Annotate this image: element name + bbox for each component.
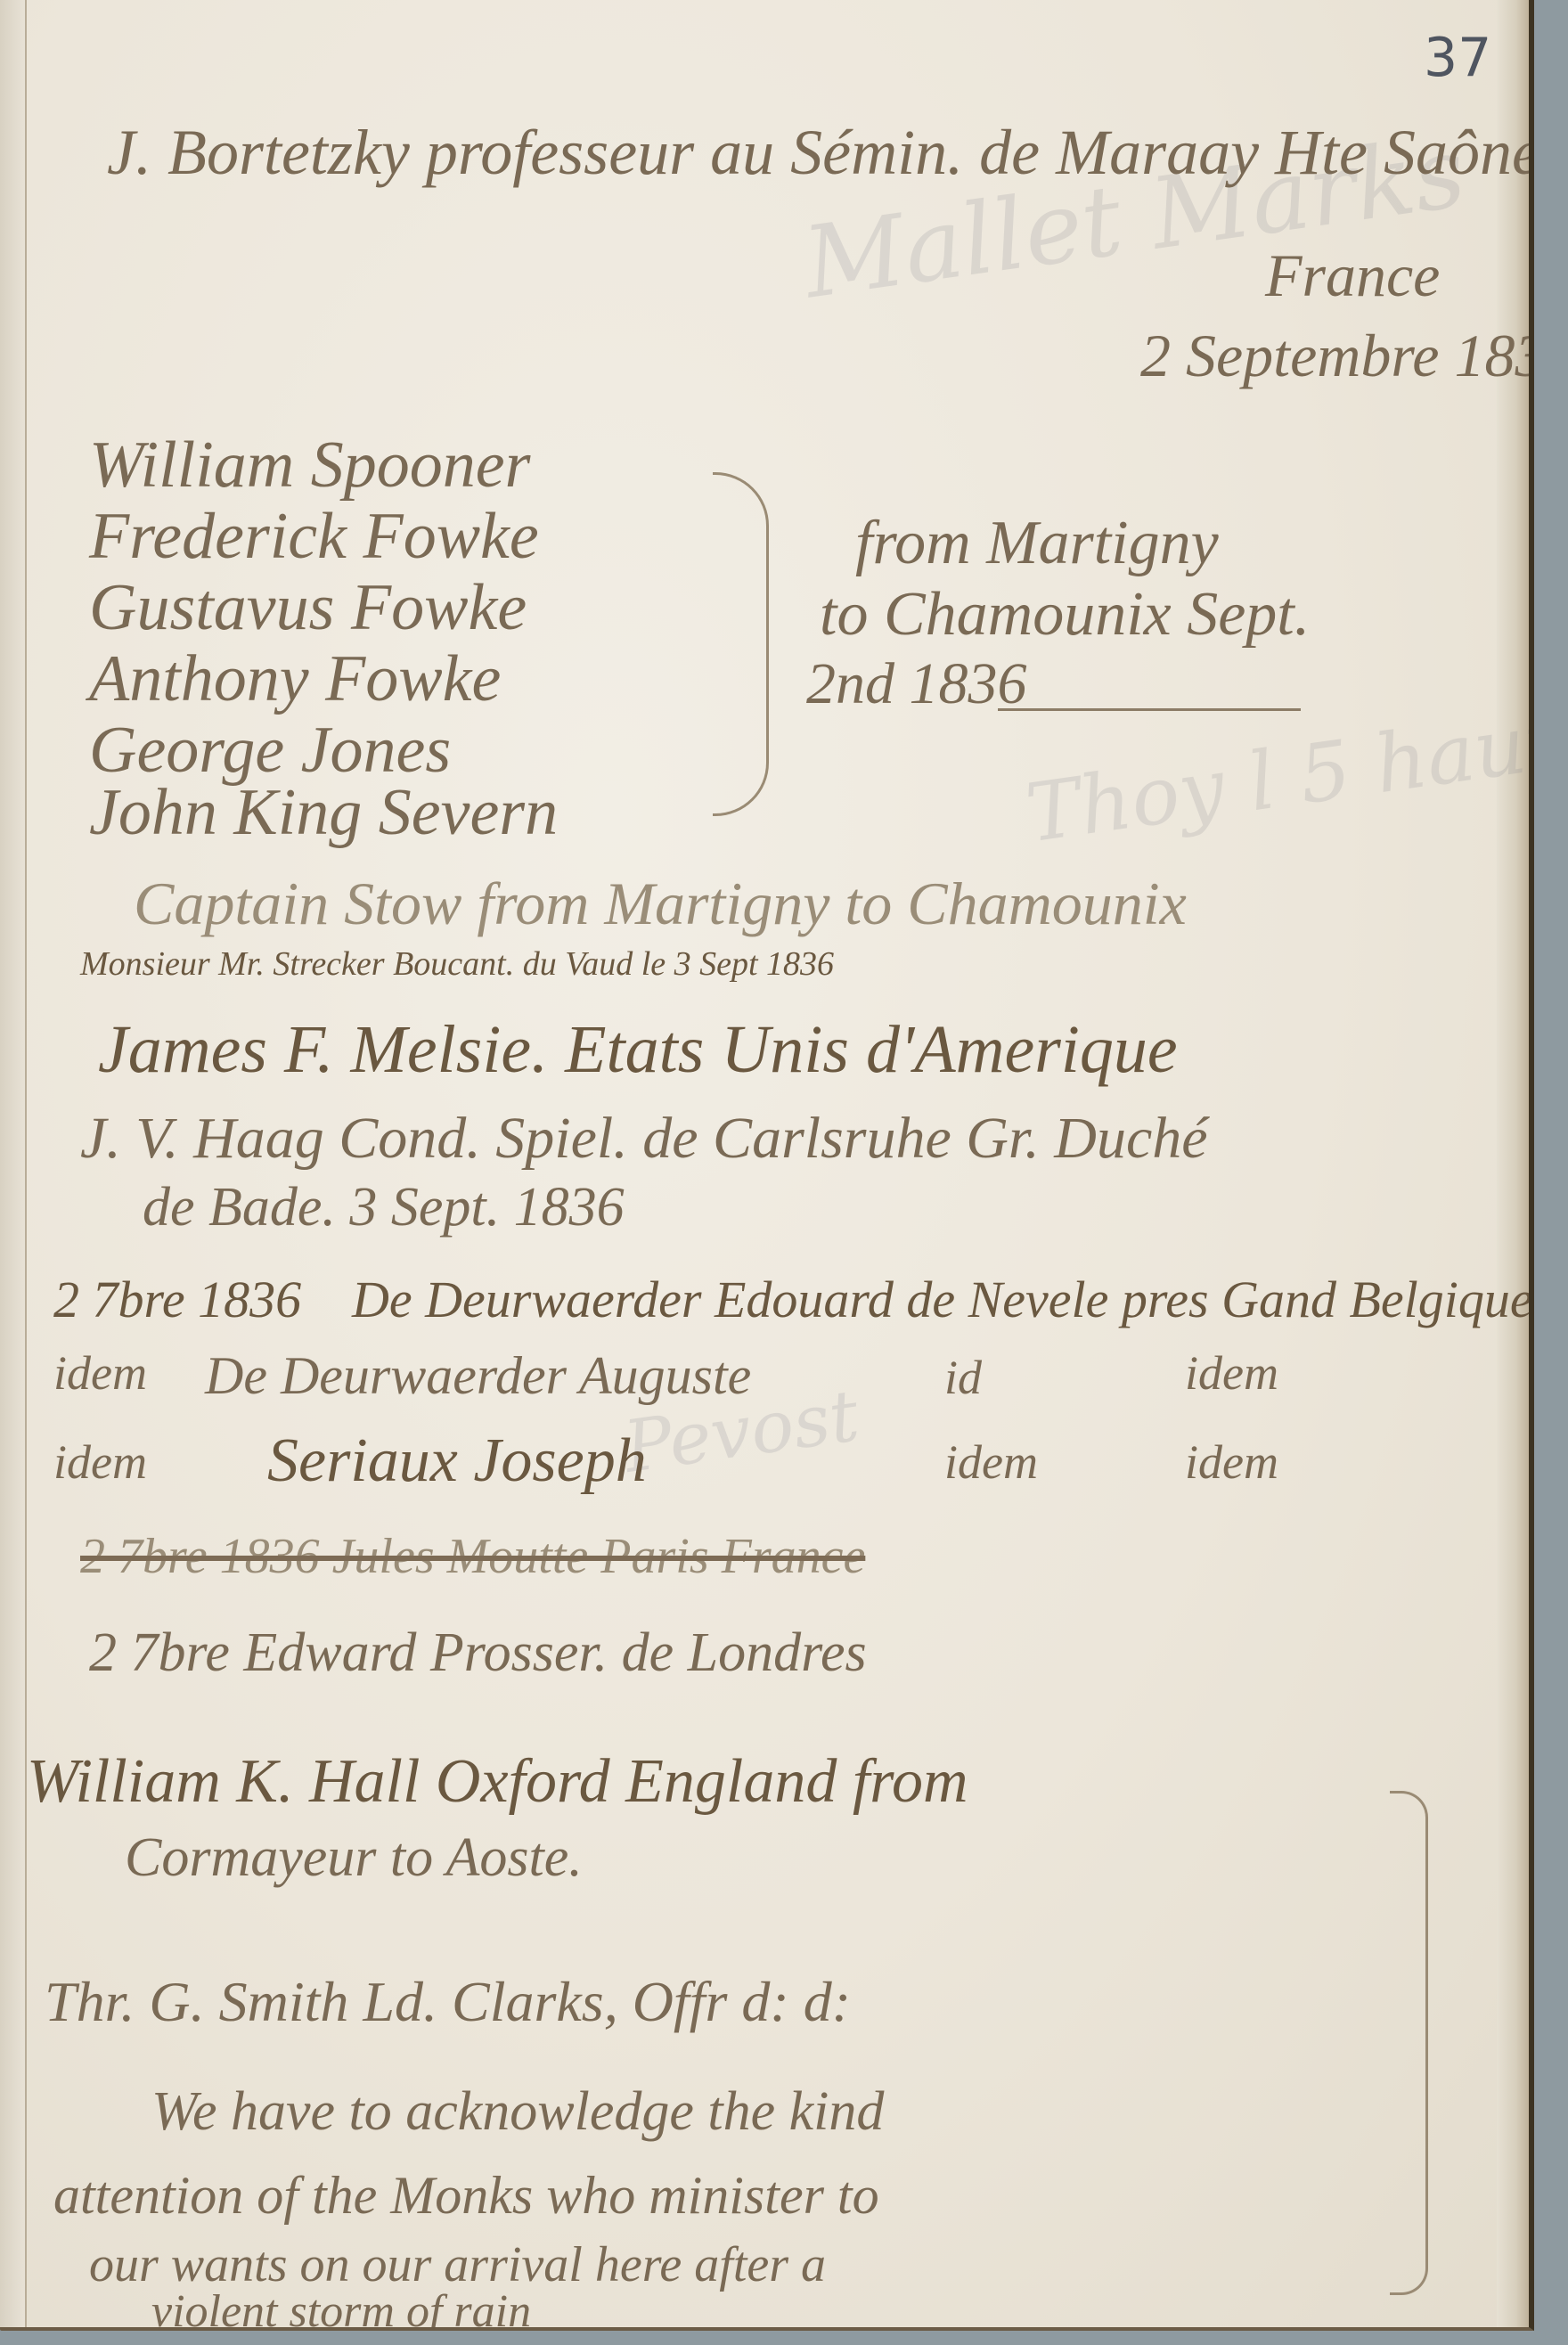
- note-line-1: We have to acknowledge the kind: [151, 2080, 884, 2144]
- group-route-date: 2nd 1836: [806, 650, 1027, 718]
- entry-8-struck: 2 7bre 1836 Jules Moutte Paris France: [80, 1528, 865, 1585]
- group-name: Frederick Fowke: [89, 499, 539, 575]
- entry-7-line-2-place: id: [944, 1350, 982, 1405]
- entry-6-line-2: de Bade. 3 Sept. 1836: [143, 1176, 625, 1239]
- entry-10-line-1: William K. Hall Oxford England from: [27, 1746, 968, 1818]
- entry-7-line-1: De Deurwaerder Edouard de Nevele pres Ga…: [352, 1270, 1533, 1329]
- entry-1-line-1: J. Bortetzky professeur au Sémin. de Mar…: [107, 116, 1534, 190]
- group-name: Anthony Fowke: [89, 641, 501, 717]
- entry-7-idem: idem: [53, 1345, 147, 1401]
- entry-7-idem: idem: [53, 1434, 147, 1490]
- grouping-brace: [713, 472, 769, 816]
- group-name: William Spooner: [89, 428, 530, 503]
- entry-7-line-2-country: idem: [1185, 1345, 1278, 1401]
- entry-9: 2 7bre Edward Prosser. de Londres: [89, 1622, 867, 1685]
- entry-7-line-2: De Deurwaerder Auguste: [205, 1345, 751, 1407]
- grouping-brace: [1390, 1791, 1428, 2295]
- group-route-line-1: from Martigny: [855, 508, 1219, 579]
- entry-6-line-1: J. V. Haag Cond. Spiel. de Carlsruhe Gr.…: [80, 1105, 1208, 1172]
- entry-11: Thr. G. Smith Ld. Clarks, Offr d: d:: [45, 1969, 851, 2035]
- entry-10-line-2: Cormayeur to Aoste.: [125, 1826, 583, 1890]
- underline: [998, 708, 1301, 711]
- entry-1-country: France: [1265, 241, 1440, 311]
- entry-3: Captain Stow from Martigny to Chamounix: [134, 869, 1187, 939]
- manuscript-page: Mallet Marks Thoy l 5 haut Pevost 37 J. …: [0, 0, 1534, 2331]
- entry-7-line-3-country: idem: [1185, 1434, 1278, 1490]
- entry-7-line-3: Seriaux Joseph: [267, 1426, 647, 1497]
- group-route-line-2: to Chamounix Sept.: [820, 579, 1310, 650]
- entry-1-date: 2 Septembre 1836: [1140, 321, 1534, 391]
- binding-gutter: [0, 0, 27, 2327]
- entry-5: James F. Melsie. Etats Unis d'Amerique: [98, 1011, 1178, 1089]
- page-number: 37: [1424, 27, 1491, 89]
- entry-7-date: 2 7bre 1836: [53, 1270, 301, 1329]
- group-name: Gustavus Fowke: [89, 570, 527, 646]
- bleed-through: Thoy l 5 haut: [1021, 694, 1534, 862]
- entry-7-line-3-place: idem: [944, 1434, 1038, 1490]
- group-name: John King Severn: [89, 775, 558, 851]
- entry-4: Monsieur Mr. Strecker Boucant. du Vaud l…: [80, 944, 834, 984]
- note-line-3-interlinear: violent storm of rain: [151, 2285, 531, 2331]
- note-line-2: attention of the Monks who minister to: [53, 2165, 879, 2227]
